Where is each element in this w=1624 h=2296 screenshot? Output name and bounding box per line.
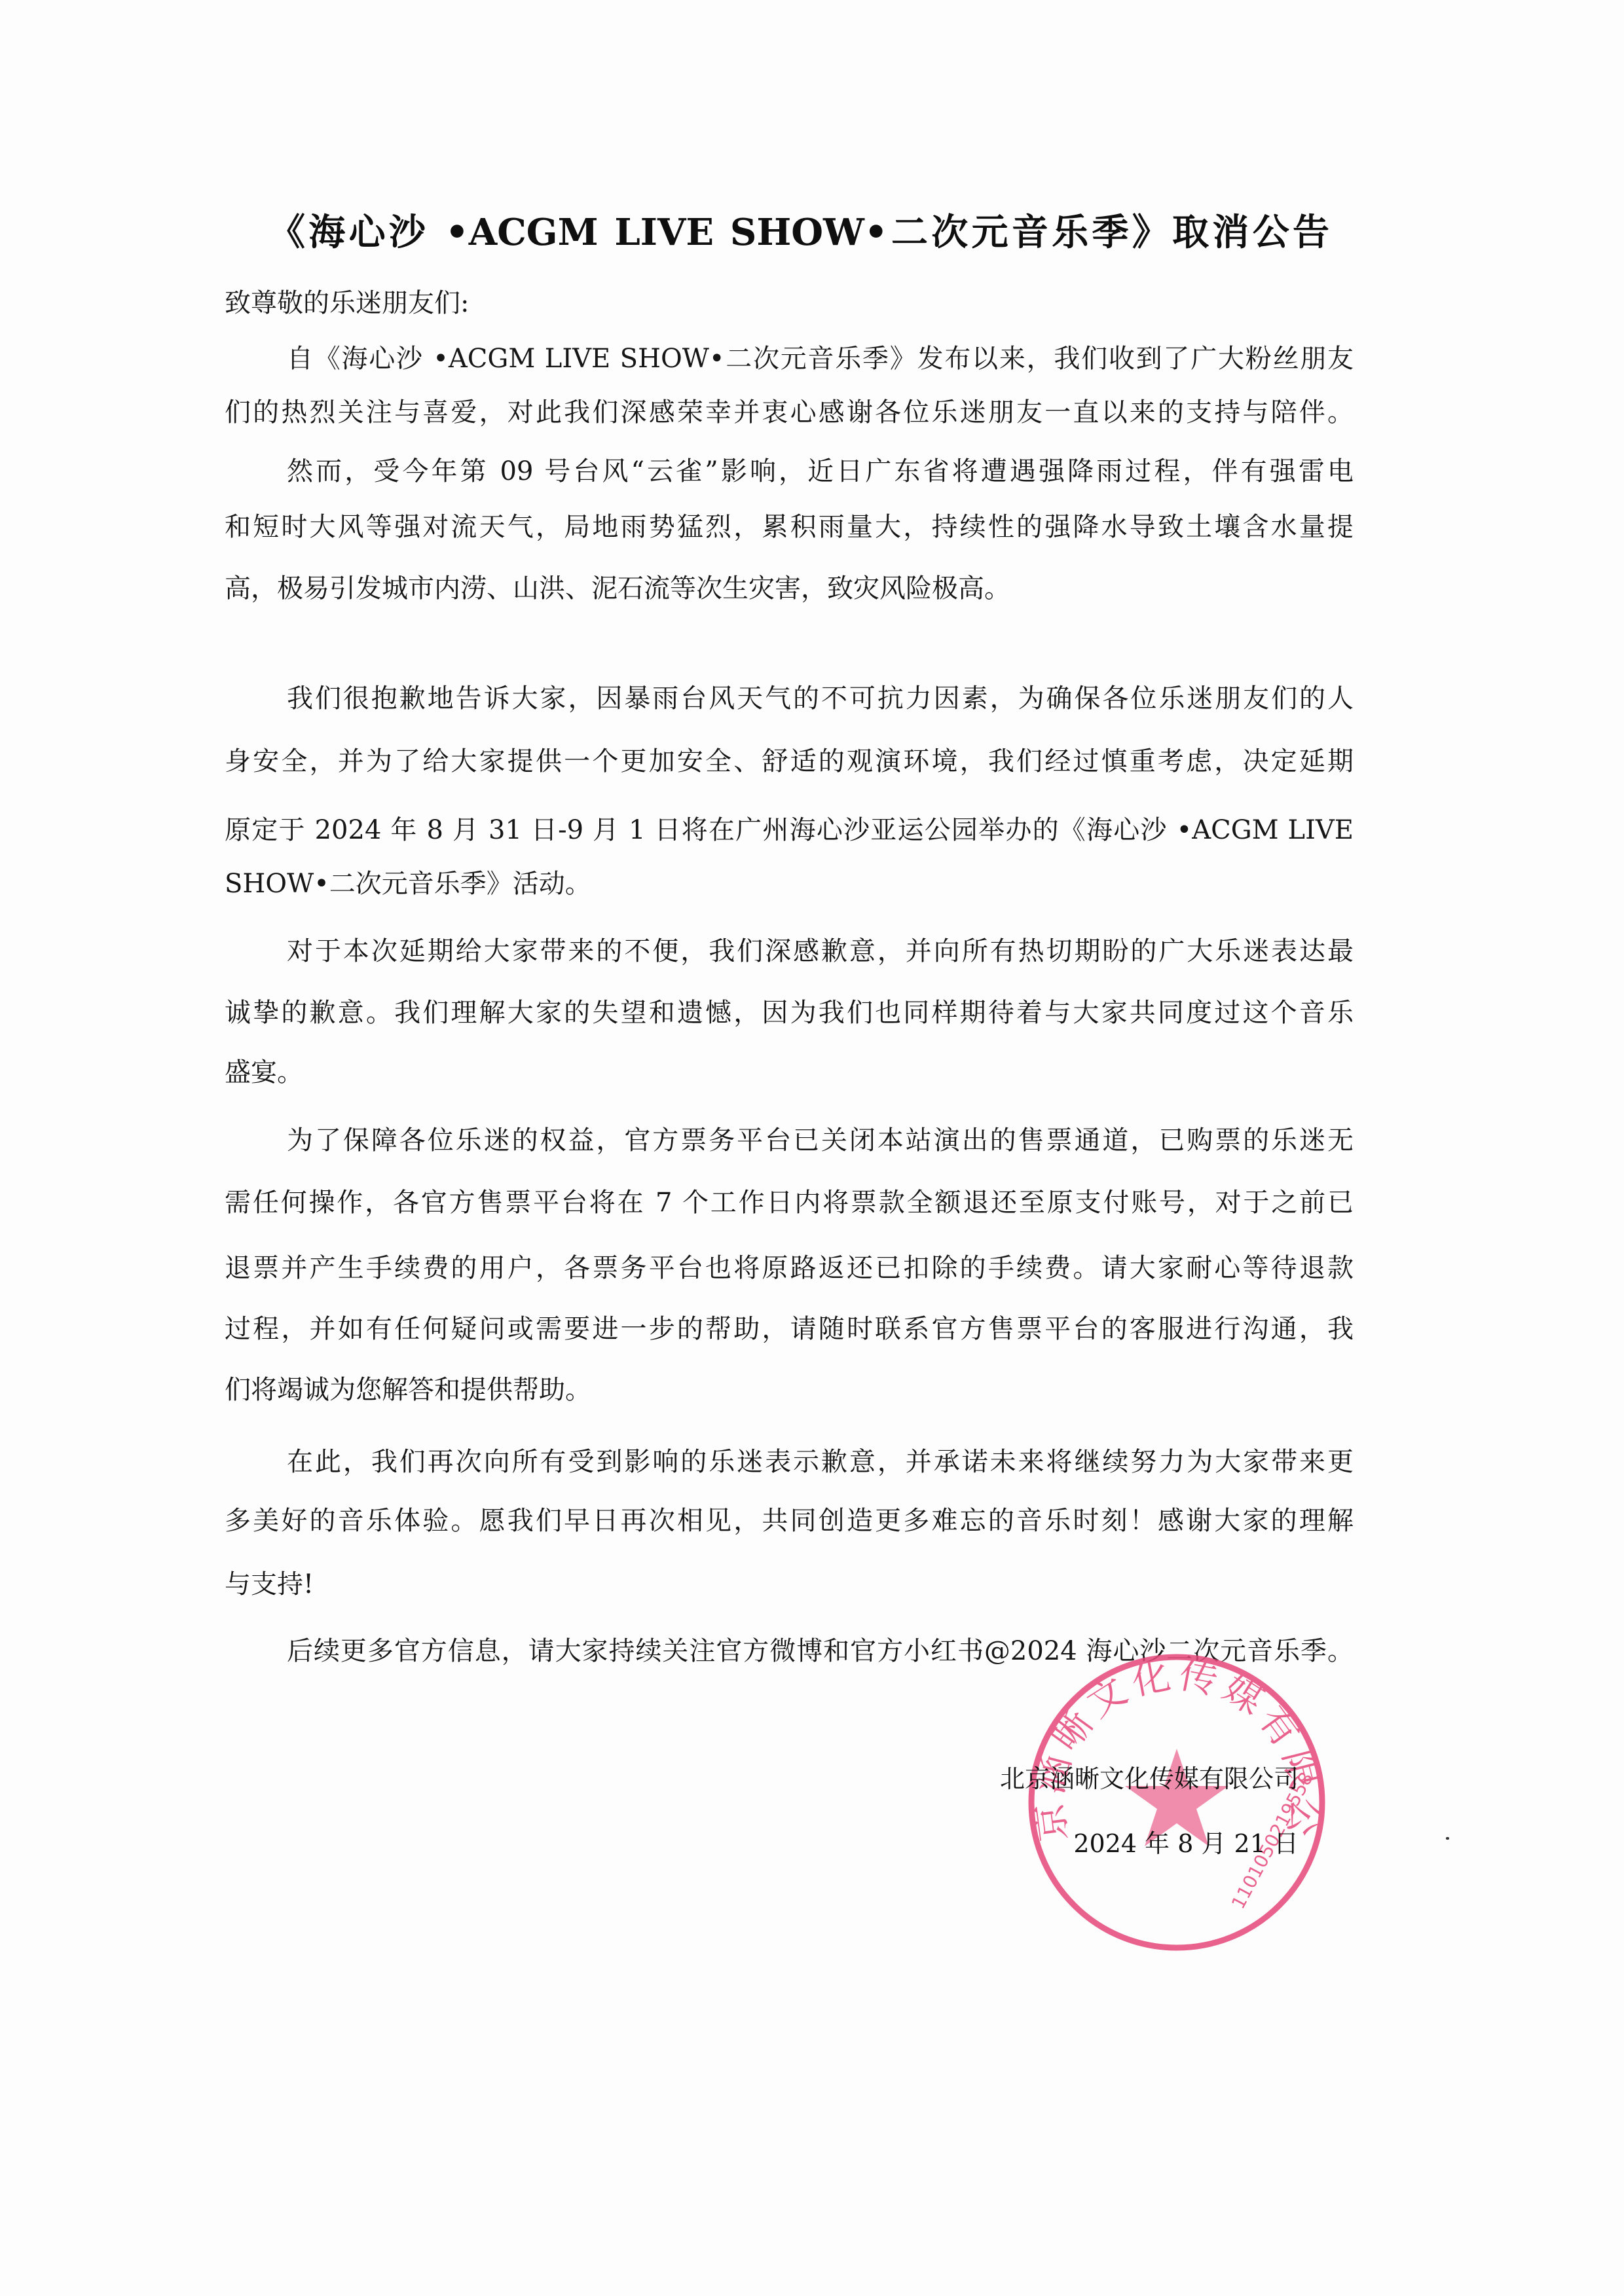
signature-date: 2024 年 8 月 21 日	[1073, 1831, 1299, 1857]
body-line: 过程，并如有任何疑问或需要进一步的帮助，请随时联系官方售票平台的客服进行沟通，我	[225, 1314, 1354, 1344]
body-line: 们的热烈关注与喜爱，对此我们深感荣幸并衷心感谢各位乐迷朋友一直以来的支持与陪伴。	[225, 397, 1354, 428]
body-line: 高，极易引发城市内涝、山洪、泥石流等次生灾害，致灾风险极高。	[225, 574, 1354, 604]
body-line: 身安全，并为了给大家提供一个更加安全、舒适的观演环境，我们经过慎重考虑，决定延期	[225, 746, 1354, 776]
body-line: 在此，我们再次向所有受到影响的乐迷表示歉意，并承诺未来将继续努力为大家带来更	[287, 1447, 1354, 1477]
body-line: 多美好的音乐体验。愿我们早日再次相见，共同创造更多难忘的音乐时刻！感谢大家的理解	[225, 1506, 1354, 1536]
scan-speck	[1446, 1837, 1449, 1840]
body-line: 为了保障各位乐迷的权益，官方票务平台已关闭本站演出的售票通道，已购票的乐迷无	[287, 1125, 1354, 1156]
body-line: 需任何操作，各官方售票平台将在 7 个工作日内将票款全额退还至原支付账号，对于之…	[225, 1188, 1354, 1218]
body-line: 盛宴。	[225, 1057, 1354, 1087]
body-line: 退票并产生手续费的用户，各票务平台也将原路返还已扣除的手续费。请大家耐心等待退款	[225, 1253, 1354, 1283]
body-line: 我们很抱歉地告诉大家，因暴雨台风天气的不可抗力因素，为确保各位乐迷朋友们的人	[287, 683, 1354, 714]
body-line: 诚挚的歉意。我们理解大家的失望和遗憾，因为我们也同样期待着与大家共同度过这个音乐	[225, 998, 1354, 1028]
company-seal-stamp: 北京涵晰文化传媒有限公司 1101050219558	[1026, 1652, 1327, 1953]
body-line: 们将竭诚为您解答和提供帮助。	[225, 1375, 1354, 1405]
page-title: 《海心沙 •ACGM LIVE SHOW•二次元音乐季》取消公告	[268, 211, 1329, 254]
body-line: SHOW•二次元音乐季》活动。	[225, 869, 1354, 899]
body-line: 对于本次延期给大家带来的不便，我们深感歉意，并向所有热切期盼的广大乐迷表达最	[287, 936, 1354, 966]
body-line: 与支持!	[225, 1569, 1354, 1599]
body-line: 然而，受今年第 09 号台风“云雀”影响，近日广东省将遭遇强降雨过程，伴有强雷电	[287, 456, 1354, 486]
document-page: 《海心沙 •ACGM LIVE SHOW•二次元音乐季》取消公告 致尊敬的乐迷朋…	[0, 0, 1624, 2296]
body-line: 自《海心沙 •ACGM LIVE SHOW•二次元音乐季》发布以来，我们收到了广…	[287, 344, 1354, 374]
body-line: 和短时大风等强对流天气，局地雨势猛烈，累积雨量大，持续性的强降水导致土壤含水量提	[225, 512, 1354, 542]
body-line: 原定于 2024 年 8 月 31 日-9 月 1 日将在广州海心沙亚运公园举办…	[225, 815, 1354, 845]
salutation: 致尊敬的乐迷朋友们:	[225, 288, 1354, 318]
signature-company: 北京涵晰文化传媒有限公司	[1000, 1766, 1299, 1792]
